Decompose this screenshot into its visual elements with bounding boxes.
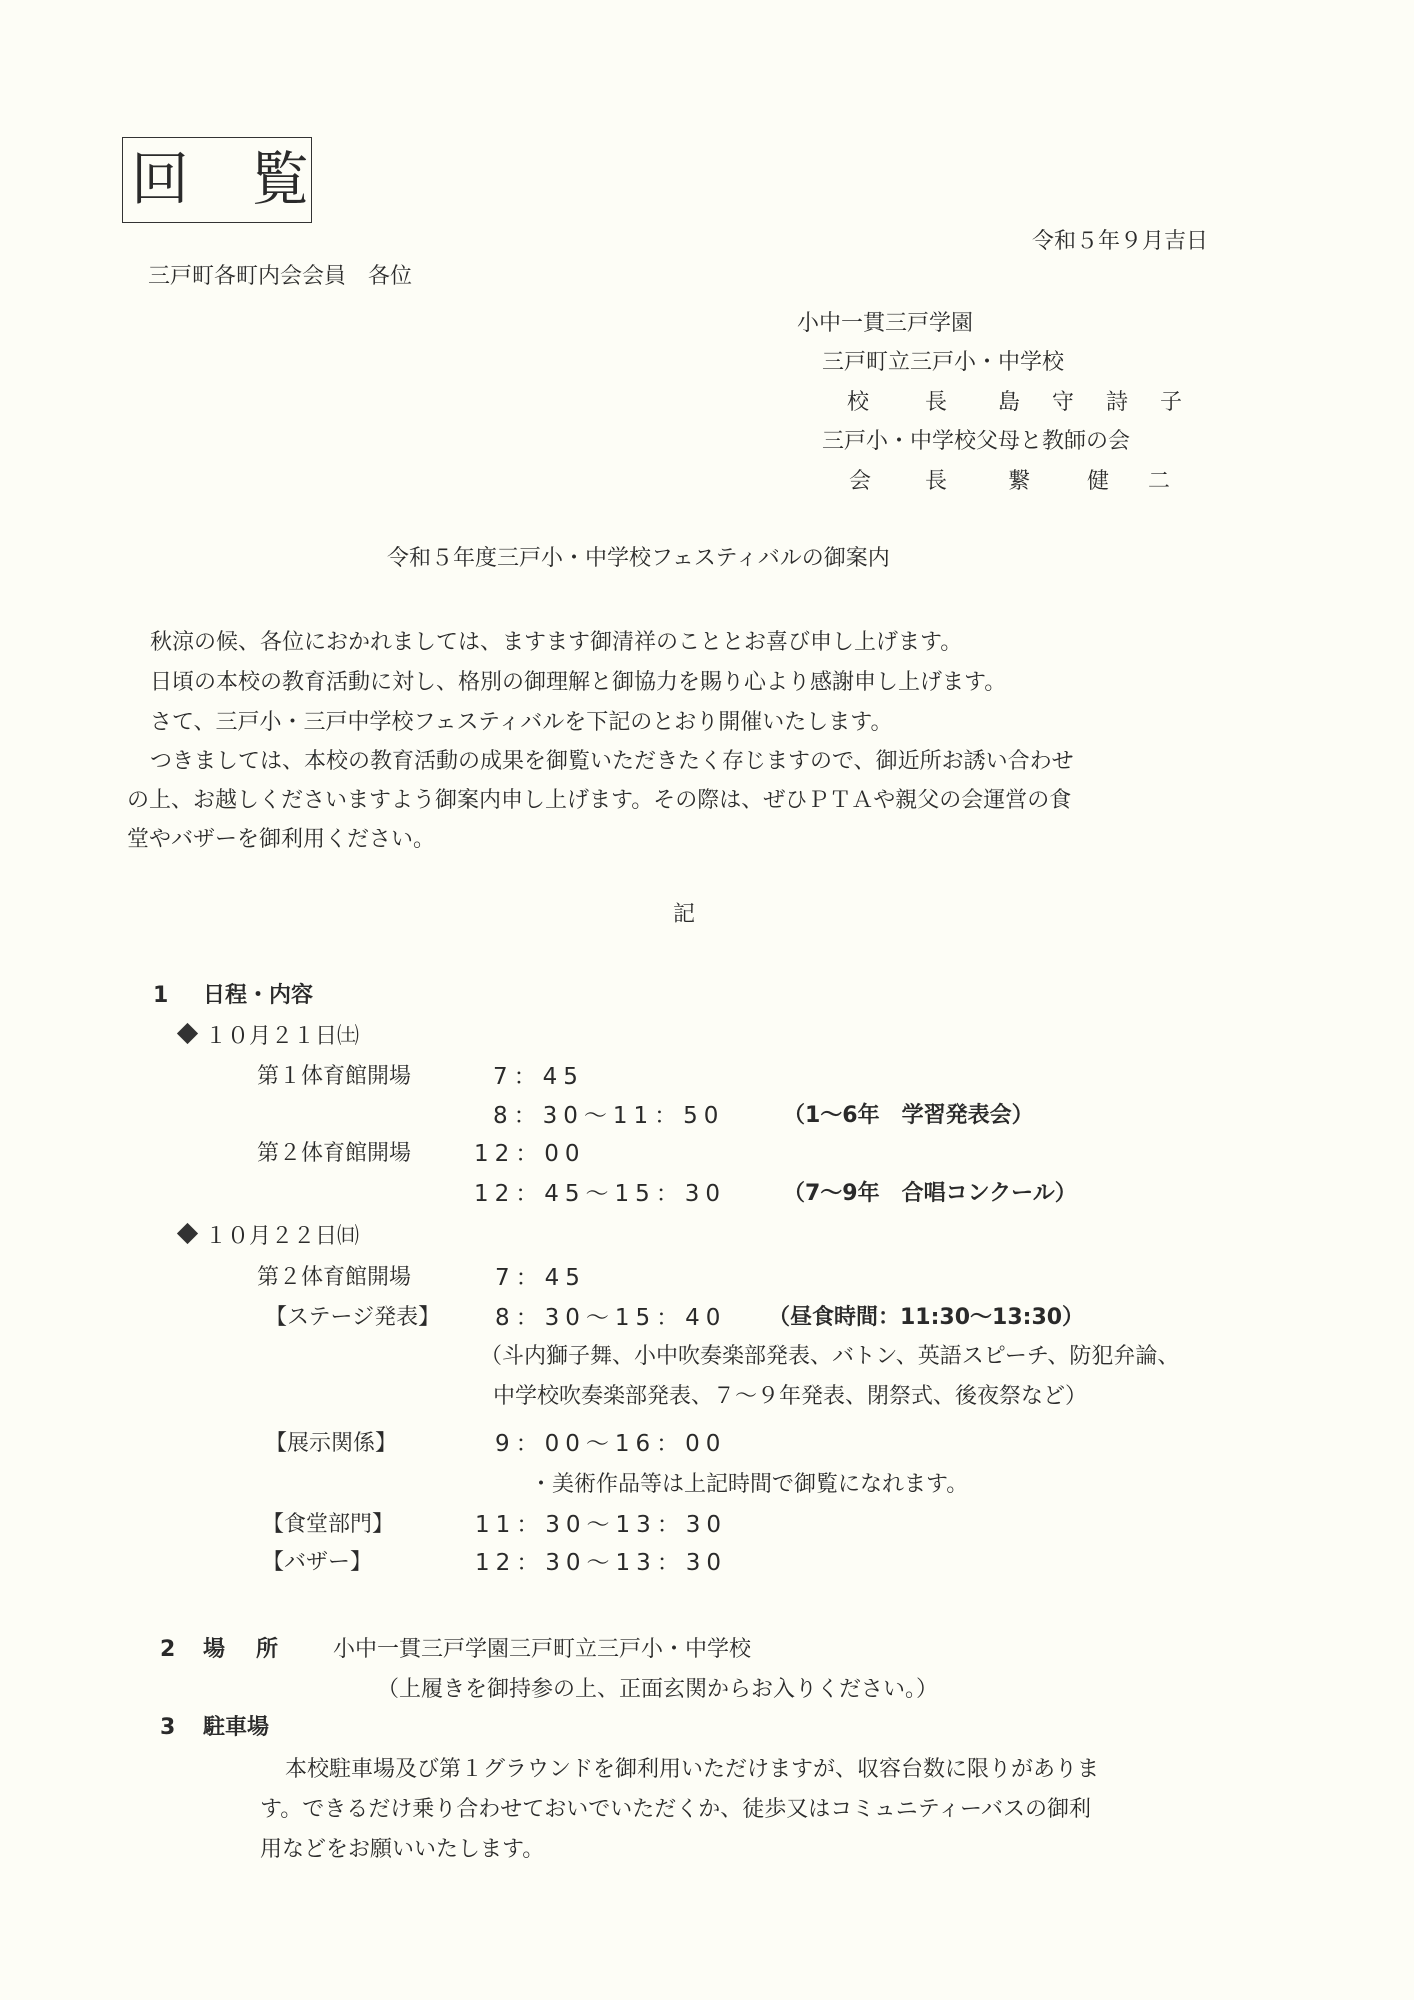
- diamond-bullet-icon: [177, 1023, 198, 1044]
- chair-name-char: 繋: [1008, 471, 1030, 493]
- sender-pta-name: 三戸小・中学校父母と教師の会: [822, 431, 1130, 453]
- section-3-number: 3: [160, 1717, 175, 1739]
- day1-row-label: 第２体育館開場: [257, 1143, 411, 1165]
- day1-row-note: （7～9年 合唱コンクール）: [783, 1183, 1077, 1205]
- day1-row-note: （1～6年 学習発表会）: [783, 1105, 1034, 1127]
- stage-details-line: 中学校吹奏楽部発表、７～９年発表、閉祭式、後夜祭など）: [493, 1386, 1087, 1408]
- day1-date-line: １０月２１日㈯: [180, 1026, 359, 1048]
- cafeteria-label: 【食堂部門】: [262, 1514, 394, 1536]
- chair-name-char: 健: [1087, 471, 1109, 493]
- day1-row-time: 8：30～11：50: [493, 1105, 724, 1128]
- day2-date-line: １０月２２日㈰: [180, 1226, 359, 1248]
- day1-date: １０月２１日㈯: [205, 1024, 359, 1049]
- section-1-heading: 日程・内容: [203, 985, 313, 1007]
- section-2-number: 2: [160, 1639, 175, 1661]
- day2-row-label: 第２体育館開場: [257, 1267, 411, 1289]
- body-line: つきましては、本校の教育活動の成果を御覧いただきたく存じますので、御近所お誘い合…: [150, 751, 1074, 773]
- stage-details-line: （斗内獅子舞、小中吹奏楽部発表、バトン、英語スピーチ、防犯弁論、: [480, 1346, 1179, 1368]
- chair-title-char: 会: [849, 471, 871, 493]
- day1-row-time: 7：45: [493, 1066, 584, 1089]
- body-line: 堂やバザーを御利用ください。: [127, 829, 435, 851]
- parking-line: す。できるだけ乗り合わせておいでいただくか、徒歩又はコミュニティーバスの御利: [260, 1799, 1091, 1821]
- body-line: 秋涼の候、各位におかれましては、ますます御清祥のこととお喜び申し上げます。: [150, 632, 962, 654]
- stamp-char-2: 覧: [251, 150, 309, 208]
- document-title: 令和５年度三戸小・中学校フェスティバルの御案内: [387, 548, 890, 570]
- day1-row-label: 第１体育館開場: [257, 1066, 411, 1088]
- bazaar-time: 12：30～13：30: [475, 1552, 727, 1575]
- sender-school-group: 小中一貫三戸学園: [797, 313, 973, 335]
- day2-row-time: 8：30～15：40: [495, 1307, 726, 1330]
- day2-row-time: 7：45: [495, 1267, 586, 1290]
- bazaar-label: 【バザー】: [262, 1552, 372, 1574]
- issue-date: 令和５年９月吉日: [1032, 231, 1208, 253]
- stamp-char-1: 回: [131, 150, 189, 208]
- body-line: さて、三戸小・三戸中学校フェスティバルを下記のとおり開催いたします。: [150, 712, 893, 734]
- sender-school-name: 三戸町立三戸小・中学校: [822, 352, 1064, 374]
- day1-row-time: 12：45～15：30: [474, 1183, 726, 1206]
- exhibit-label: 【展示関係】: [265, 1433, 397, 1455]
- parking-line: 本校駐車場及び第１グラウンドを御利用いただけますが、収容台数に限りがありま: [285, 1759, 1099, 1781]
- circular-notice-document: 回 覧 令和５年９月吉日 三戸町各町内会会員 各位 小中一貫三戸学園 三戸町立三…: [0, 0, 1414, 2000]
- principal-name-char: 守: [1052, 392, 1074, 414]
- section-2-heading-char: 所: [256, 1639, 278, 1661]
- cafeteria-time: 11：30～13：30: [475, 1514, 727, 1537]
- section-1-number: 1: [153, 985, 168, 1007]
- section-3-heading: 駐車場: [203, 1717, 269, 1739]
- day2-date: １０月２２日㈰: [205, 1224, 359, 1249]
- parking-line: 用などをお願いいたします。: [260, 1839, 544, 1861]
- principal-name-char: 島: [998, 392, 1020, 414]
- addressee: 三戸町各町内会会員 各位: [148, 266, 412, 288]
- day2-row-label: 【ステージ発表】: [265, 1307, 440, 1329]
- ki-marker: 記: [673, 904, 695, 926]
- principal-name-char: 詩: [1106, 392, 1128, 414]
- exhibit-note: ・美術作品等は上記時間で御覧になれます。: [530, 1474, 968, 1496]
- day1-row-time: 12：00: [474, 1143, 586, 1166]
- day2-row-note: （昼食時間：11:30～13:30）: [768, 1307, 1084, 1329]
- exhibit-time: 9：00～16：00: [495, 1433, 726, 1456]
- body-line: の上、お越しくださいますよう御案内申し上げます。その際は、ぜひＰＴＡや親父の会運…: [127, 790, 1071, 812]
- venue-value: 小中一貫三戸学園三戸町立三戸小・中学校: [333, 1639, 751, 1661]
- diamond-bullet-icon: [177, 1223, 198, 1244]
- body-line: 日頃の本校の教育活動に対し、格別の御理解と御協力を賜り心より感謝申し上げます。: [150, 672, 1006, 694]
- chair-title-char: 長: [925, 471, 947, 493]
- principal-title-char: 長: [925, 392, 947, 414]
- venue-note: （上履きを御持参の上、正面玄関からお入りください。）: [377, 1679, 938, 1701]
- circulation-stamp-box: 回 覧: [122, 137, 312, 223]
- section-2-heading-char: 場: [203, 1639, 225, 1661]
- principal-name-char: 子: [1160, 392, 1182, 414]
- principal-title-char: 校: [847, 392, 869, 414]
- chair-name-char: 二: [1148, 471, 1170, 493]
